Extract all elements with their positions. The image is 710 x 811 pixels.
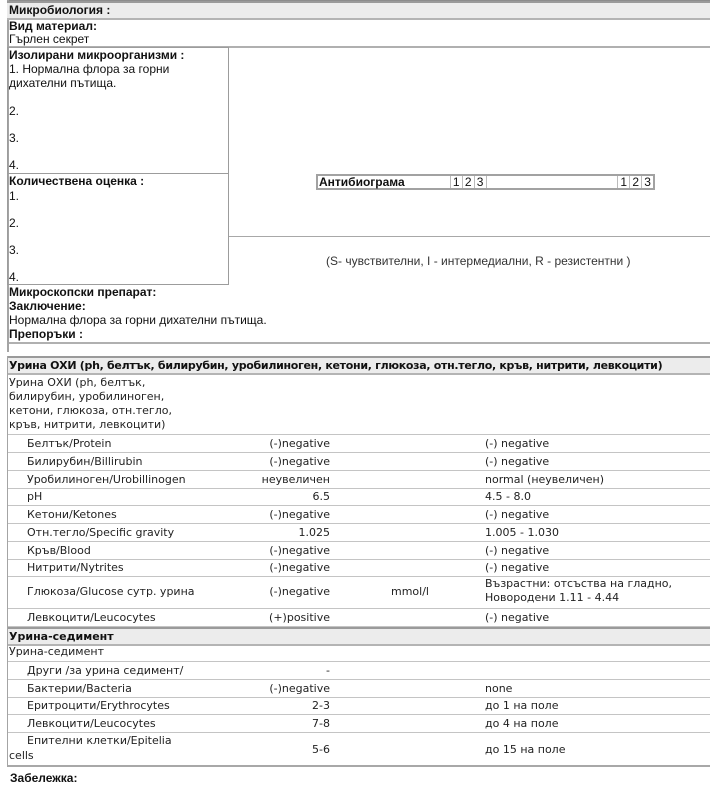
table-row: Бактерии/Bacteria(-)negativenone	[8, 680, 710, 698]
test-name: Белтък/Protein	[27, 437, 111, 450]
table-row: Белтък/Protein(-)negative(-) negative	[8, 435, 710, 453]
test-reference: (-) negative	[485, 611, 549, 624]
test-value: (-)negative	[269, 544, 330, 557]
isolated-item-1: 1. Нормална флора за горни	[9, 62, 169, 76]
test-unit: mmol/l	[391, 585, 429, 598]
isolated-item-4: 4.	[9, 158, 19, 172]
quantitative-item-1: 1.	[9, 189, 19, 203]
section-header-urine-oxi: Урина ОХИ (ph, белтък, билирубин, уробил…	[7, 356, 710, 375]
test-name: Левкоцити/Leucocytes	[27, 717, 156, 730]
antibiogram-spacer	[487, 176, 619, 188]
test-name: Епителни клетки/Epitelia	[27, 734, 172, 747]
antibiogram-col: 2	[463, 176, 475, 188]
section-header-urine-sediment: Урина-седимент	[7, 627, 710, 646]
test-name: Отн.тегло/Specific gravity	[27, 526, 174, 539]
isolated-item-2: 2.	[9, 104, 19, 118]
test-reference: (-) negative	[485, 561, 549, 574]
test-reference: до 15 на поле	[485, 743, 565, 756]
antibiogram-table: Антибиограма 1 2 3 1 2 3	[316, 174, 655, 190]
test-name: Уробилиноген/Urobillinogen	[27, 473, 186, 486]
isolated-item-3: 3.	[9, 131, 19, 145]
test-value: 7-8	[312, 717, 330, 730]
antibiogram-label: Антибиограма	[318, 176, 451, 188]
test-reference: Възрастни: отсъства на гладно,	[485, 577, 672, 590]
subtitle-line: кетони, глюкоза, отн.тегло,	[9, 404, 179, 418]
test-value: (+)positive	[269, 611, 330, 624]
note-label: Забележка:	[10, 771, 77, 785]
urine-sediment-subtitle: Урина-седимент	[9, 645, 104, 658]
section-header-microbiology: Микробиология :	[7, 1, 710, 20]
test-value: (-)negative	[269, 585, 330, 598]
test-name: Еритроцити/Erythrocytes	[27, 699, 170, 712]
table-row: Левкоцити/Leucocytes7-8до 4 на поле	[8, 715, 710, 733]
test-value: 6.5	[313, 490, 331, 503]
quantitative-box: Количествена оценка : 1. 2. 3. 4.	[7, 173, 229, 285]
test-reference: (-) negative	[485, 437, 549, 450]
table-row: Други /за урина седимент/-	[8, 662, 710, 680]
quantitative-label: Количествена оценка :	[9, 174, 144, 188]
isolated-item-1-cont: дихателни пътища.	[9, 76, 116, 90]
divider	[9, 342, 710, 344]
test-value: (-)negative	[269, 682, 330, 695]
antibiogram-col: 2	[630, 176, 642, 188]
quantitative-item-4: 4.	[9, 270, 19, 284]
antibiogram-col: 3	[642, 176, 653, 188]
test-name: Нитрити/Nytrites	[27, 561, 124, 574]
table-row: pH6.54.5 - 8.0	[8, 488, 710, 506]
test-value: -	[326, 664, 330, 677]
antibiogram-col: 1	[451, 176, 463, 188]
table-row: Еритроцити/Erythrocytes2-3до 1 на поле	[8, 697, 710, 715]
test-value: 5-6	[312, 743, 330, 756]
recommendations-label: Препоръки :	[9, 327, 83, 341]
isolated-label: Изолирани микроорганизми :	[9, 48, 184, 62]
table-row: Епителни клетки/Epiteliacells5-6до 15 на…	[8, 733, 710, 765]
test-name: Левкоцити/Leucocytes	[27, 611, 156, 624]
antibiogram-col: 3	[475, 176, 487, 188]
test-value: (-)negative	[269, 508, 330, 521]
test-value: (-)negative	[269, 437, 330, 450]
test-reference: до 4 на поле	[485, 717, 558, 730]
test-reference: (-) negative	[485, 544, 549, 557]
test-reference: normal (неувеличен)	[485, 473, 604, 486]
table-row: Кетони/Ketones(-)negative(-) negative	[8, 506, 710, 524]
test-name: Бактерии/Bacteria	[27, 682, 132, 695]
antibiogram-divider	[229, 236, 710, 237]
material-value: Гърлен секрет	[9, 32, 89, 46]
test-name: Кетони/Ketones	[27, 508, 117, 521]
test-value: (-)negative	[269, 455, 330, 468]
urine-oxi-subtitle: Урина ОХИ (ph, белтък, билирубин, уробил…	[9, 376, 179, 432]
table-row: Глюкоза/Glucose сутр. урина(-)negativemm…	[8, 577, 710, 609]
table-row: Билирубин/Billirubin(-)negative(-) negat…	[8, 453, 710, 471]
test-name: Билирубин/Billirubin	[27, 455, 142, 468]
test-reference: none	[485, 682, 512, 695]
test-reference: 1.005 - 1.030	[485, 526, 559, 539]
test-name: Глюкоза/Glucose сутр. урина	[27, 585, 195, 598]
test-name: pH	[27, 490, 42, 503]
antibiogram-col: 1	[618, 176, 630, 188]
test-value: 1.025	[299, 526, 331, 539]
test-reference: 4.5 - 8.0	[485, 490, 531, 503]
test-name: Кръв/Blood	[27, 544, 91, 557]
table-row: Отн.тегло/Specific gravity1.0251.005 - 1…	[8, 524, 710, 542]
quantitative-item-2: 2.	[9, 216, 19, 230]
bottom-border	[8, 765, 710, 767]
subtitle-line: билирубин, уробилиноген,	[9, 390, 179, 404]
quantitative-item-3: 3.	[9, 243, 19, 257]
test-name: Други /за урина седимент/	[27, 664, 183, 677]
conclusion-label: Заключение:	[9, 299, 86, 313]
test-reference: до 1 на поле	[485, 699, 558, 712]
isolated-organisms-box: Изолирани микроорганизми : 1. Нормална ф…	[7, 47, 229, 174]
conclusion-value: Нормална флора за горни дихателни пътища…	[9, 313, 267, 327]
sensitivity-legend: (S- чувствителни, I - интермедиални, R -…	[326, 254, 631, 268]
test-reference: (-) negative	[485, 455, 549, 468]
test-value: 2-3	[312, 699, 330, 712]
table-row: Нитрити/Nytrites(-)negative(-) negative	[8, 559, 710, 577]
test-reference-line2: Новородени 1.11 - 4.44	[485, 591, 619, 604]
table-row: Левкоцити/Leucocytes(+)positive(-) negat…	[8, 609, 710, 627]
material-label: Вид материал:	[9, 19, 97, 33]
table-row: Уробилиноген/Urobillinogenнеувеличенnorm…	[8, 471, 710, 489]
subtitle-line: кръв, нитрити, левкоцити)	[9, 418, 179, 432]
test-value: неувеличен	[262, 473, 330, 486]
test-reference: (-) negative	[485, 508, 549, 521]
test-name-line2: cells	[9, 749, 34, 762]
table-row: Кръв/Blood(-)negative(-) negative	[8, 542, 710, 560]
test-value: (-)negative	[269, 561, 330, 574]
microscopy-label: Микроскопски препарат:	[9, 285, 156, 299]
subtitle-line: Урина ОХИ (ph, белтък,	[9, 376, 179, 390]
